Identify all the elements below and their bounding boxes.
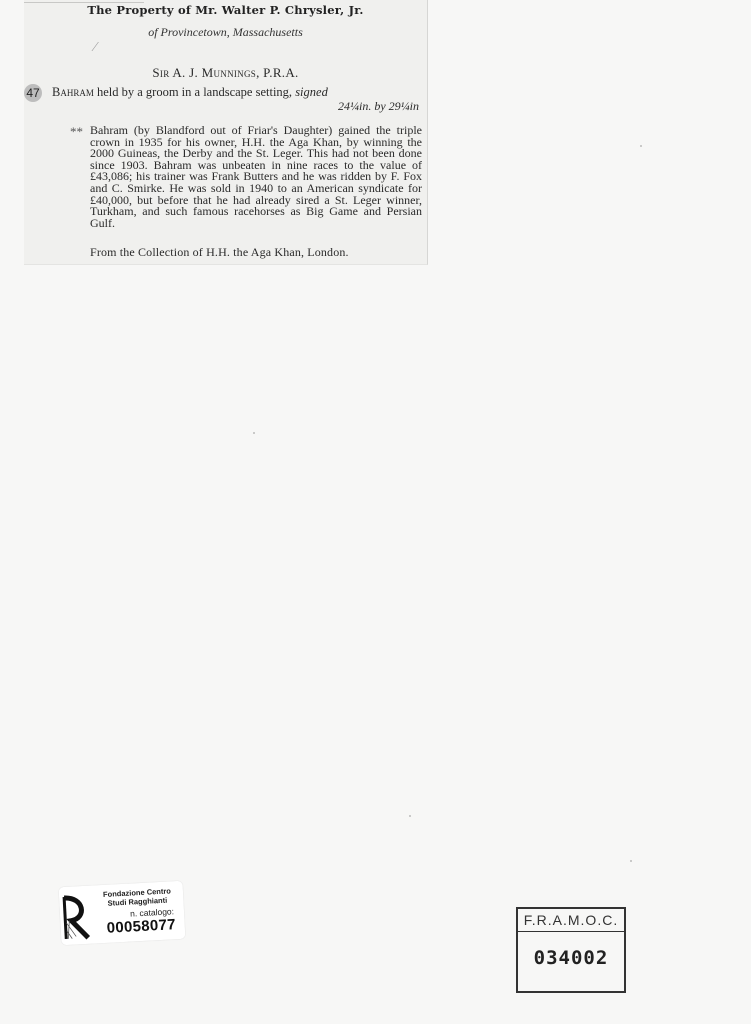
speck: [253, 432, 255, 434]
provenance: From the Collection of H.H. the Aga Khan…: [90, 245, 349, 260]
speck: [640, 145, 642, 147]
lot-description: Bahram (by Blandford out of Friar's Daug…: [90, 125, 422, 229]
pen-mark-icon: ⁄: [94, 40, 108, 56]
speck: [409, 815, 411, 817]
organization-name: Fondazione Centro Studi Ragghianti: [95, 886, 180, 908]
speck: [630, 860, 632, 862]
lot-number-badge: 47: [24, 84, 42, 102]
lot-title-signed: signed: [295, 85, 328, 99]
catalog-label: Fondazione Centro Studi Ragghianti n. ca…: [59, 881, 186, 945]
lot-title-name: Bahram: [52, 85, 94, 99]
catalog-number: 00058077: [106, 916, 176, 937]
location-line: of Provincetown, Massachusetts: [24, 25, 427, 40]
framoc-stamp: F.R.A.M.O.C. 034002: [516, 907, 626, 993]
stamp-header: F.R.A.M.O.C.: [518, 909, 624, 932]
dimensions: 24¼in. by 29¼in: [338, 99, 419, 114]
lot-title: Bahram held by a groom in a landscape se…: [52, 85, 328, 100]
stamp-number: 034002: [518, 932, 624, 984]
auction-catalogue-clipping: The Property of Mr. Walter P. Chrysler, …: [24, 0, 428, 265]
artist-name: Sir A. J. Munnings, P.R.A.: [24, 65, 427, 81]
lot-title-description: held by a groom in a landscape setting,: [94, 85, 295, 99]
asterisk-icon: **: [70, 128, 83, 136]
owner-line: The Property of Mr. Walter P. Chrysler, …: [24, 3, 427, 17]
ragghianti-r-logo-icon: [62, 892, 90, 941]
